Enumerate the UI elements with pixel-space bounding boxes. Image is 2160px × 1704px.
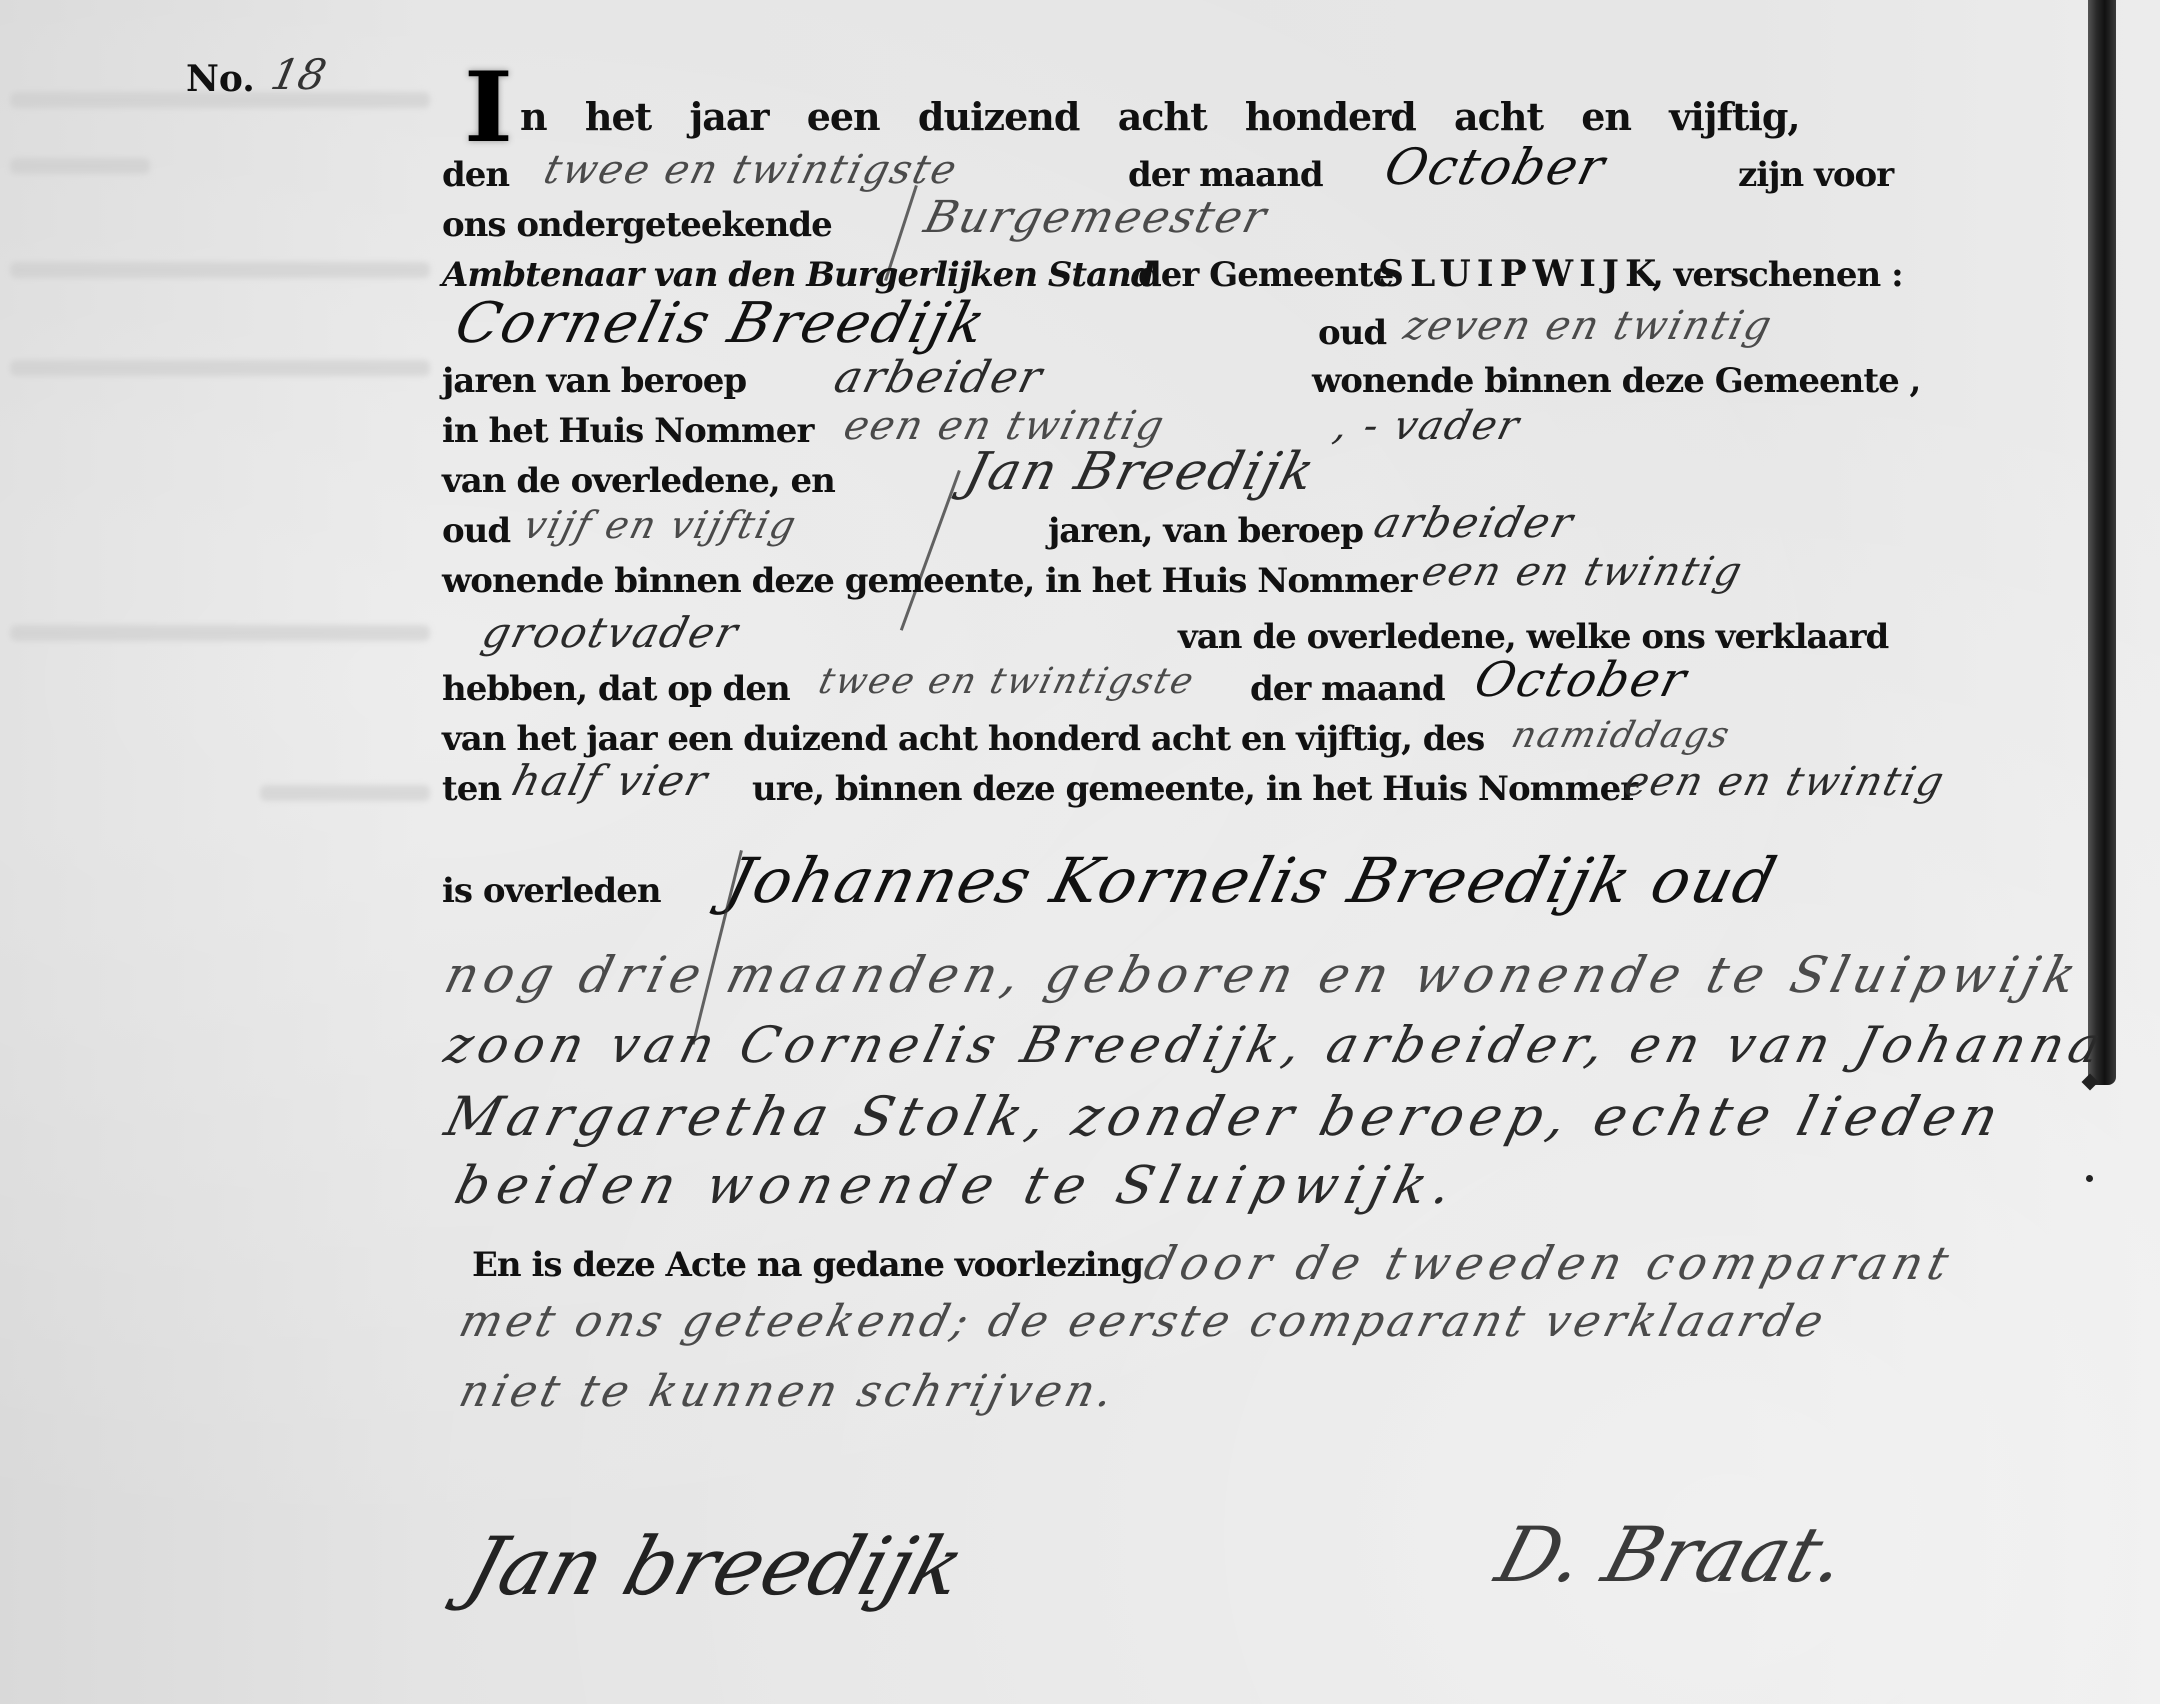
municipality-name: SLUIPWIJK — [1378, 256, 1662, 292]
hw-declarant1-name: Cornelis Breedijk — [450, 296, 992, 352]
hw-day-1: twee en twintigste — [540, 150, 962, 190]
printed-den: den — [442, 158, 509, 192]
hw-closing-line-2: met ons geteekend; de eerste comparant v… — [455, 1300, 1831, 1344]
hw-closing-line-3: niet te kunnen schrijven. — [455, 1370, 1121, 1414]
signature-left: Jan breedijk — [457, 1520, 975, 1613]
printed-der-maand: der maand — [1128, 158, 1323, 192]
hw-declarant2-house: een en twintig — [1418, 552, 1747, 592]
printed-wonende-1: wonende binnen deze Gemeente , — [1312, 364, 1920, 398]
hw-deceased-line-5: beiden wonende te Sluipwijk. — [450, 1160, 1465, 1212]
show-through-text — [10, 360, 430, 376]
hw-declarant2-age: vijf en vijftig — [520, 506, 801, 544]
printed-ambtenaar: Ambtenaar van den Burgerlijken Stand — [442, 258, 1154, 292]
show-through-text — [260, 785, 430, 801]
hw-deceased-line-3: zoon van Cornelis Breedijk, arbeider, en… — [440, 1020, 2112, 1070]
printed-oud-2: oud — [442, 514, 510, 548]
hw-month-2: October — [1470, 656, 1692, 704]
printed-verschenen: , verschenen : — [1652, 258, 1903, 292]
hw-month-1: October — [1380, 142, 1611, 192]
printed-huis-nommer-1: in het Huis Nommer — [442, 414, 813, 448]
printed-jaren-van-beroep-2: jaren, van beroep — [1048, 514, 1363, 548]
hw-declarant2-occupation: arbeider — [1370, 502, 1579, 544]
drop-cap: I — [464, 60, 513, 156]
hw-hour: half vier — [508, 760, 713, 802]
printed-oud-1: oud — [1318, 316, 1386, 350]
printed-ten: ten — [442, 772, 501, 806]
hw-house-of-death: een en twintig — [1620, 762, 1949, 802]
printed-jaren-van-beroep-1: jaren van beroep — [442, 364, 746, 398]
hw-deceased-line-2: nog drie maanden, geboren en wonende te … — [440, 950, 2087, 1000]
hw-declarant1-occupation: arbeider — [830, 356, 1048, 400]
hw-deceased-line-1: Johannes Kornelis Breedijk oud — [720, 850, 1784, 912]
record-number-label: No. — [186, 58, 255, 100]
printed-welke-ons-verklaard: van de overledene, welke ons verklaard — [1178, 620, 1888, 654]
printed-is-overleden: is overleden — [442, 874, 661, 908]
hw-day-2: twee en twintigste — [815, 664, 1199, 700]
hw-time-of-day: namiddags — [1508, 718, 1734, 754]
hw-declarant2-name: Jan Breedijk — [960, 446, 1321, 498]
printed-closing: En is deze Acte na gedane voorlezing — [472, 1248, 1143, 1282]
printed-hebben: hebben, dat op den — [442, 672, 790, 706]
printed-van-de-overledene-1: van de overledene, en — [442, 464, 835, 498]
ink-dot — [2086, 1175, 2093, 1182]
hw-closing-line-1: door de tweeden comparant — [1140, 1240, 1959, 1286]
printed-line-1: n het jaar een duizend acht honderd acht… — [520, 98, 1800, 136]
record-number-value: 18 — [267, 50, 331, 99]
pen-stroke — [900, 470, 961, 631]
signature-right: D. Braat. — [1487, 1510, 1857, 1599]
printed-der-maand-2: der maand — [1250, 672, 1445, 706]
show-through-text — [10, 625, 430, 641]
binding-rule — [2088, 0, 2116, 1085]
printed-zijn-voor: zijn voor — [1738, 158, 1893, 192]
document-page: No. 18 I n het jaar een duizend acht hon… — [0, 0, 2160, 1704]
hw-declarant1-age: zeven en twintig — [1400, 306, 1777, 346]
printed-ure-binnen: ure, binnen deze gemeente, in het Huis N… — [752, 772, 1637, 806]
show-through-text — [10, 262, 430, 278]
hw-deceased-line-4: Margaretha Stolk, zonder beroep, echte l… — [440, 1090, 2009, 1144]
hw-declarant2-relation: grootvader — [478, 612, 743, 654]
hw-declarant1-relation: , - vader — [1330, 406, 1524, 446]
printed-der-gemeente: der Gemeente — [1138, 258, 1393, 292]
printed-wonende-2: wonende binnen deze gemeente, in het Hui… — [442, 564, 1417, 598]
printed-van-het-jaar: van het jaar een duizend acht honderd ac… — [442, 722, 1484, 756]
hw-official-title: Burgemeester — [920, 196, 1272, 240]
hw-declarant1-house: een en twintig — [840, 406, 1169, 446]
printed-ondergeteekende: ons ondergeteekende — [442, 208, 832, 242]
show-through-text — [10, 158, 150, 174]
